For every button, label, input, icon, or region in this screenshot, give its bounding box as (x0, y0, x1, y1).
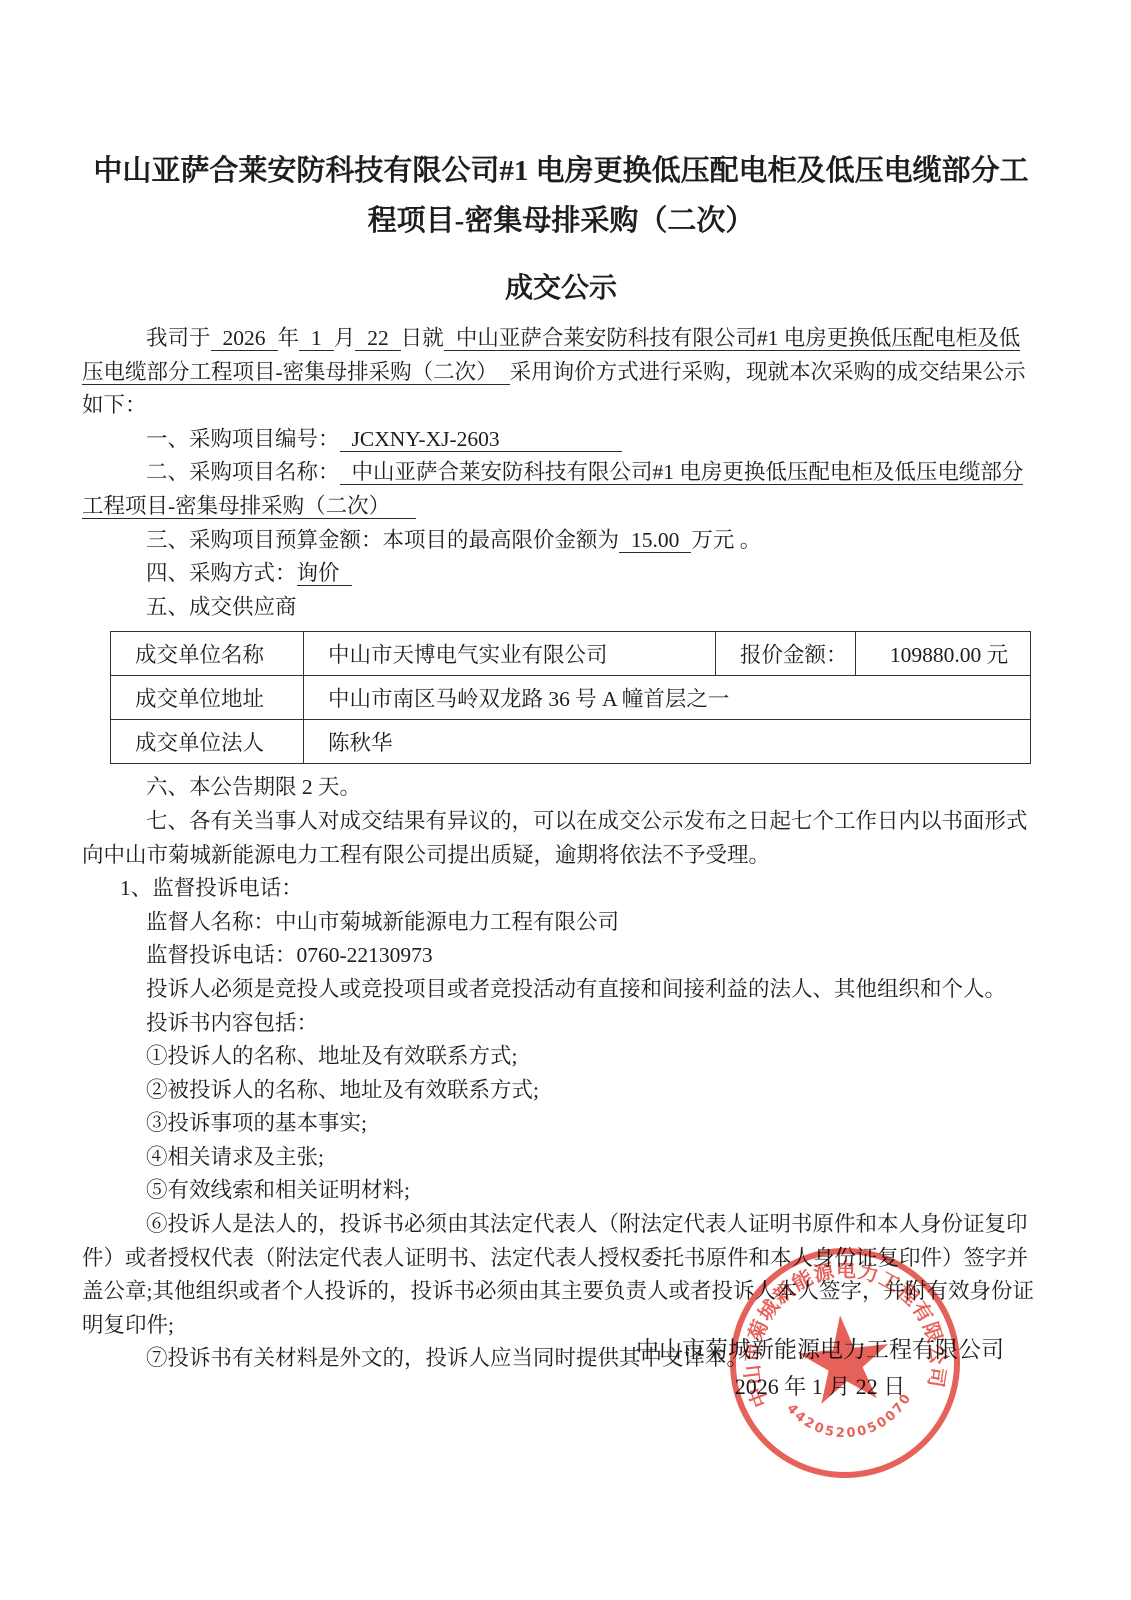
intro-month: 1 (299, 326, 334, 351)
price-value: 109880.00 元 (856, 632, 1031, 676)
document-page: 中山亚萨合莱安防科技有限公司#1 电房更换低压配电柜及低压电缆部分工程项目-密集… (0, 0, 1131, 1600)
item-label: 一、采购项目编号： (146, 427, 340, 451)
supervisor-phone: 监督投诉电话：0760-22130973 (82, 939, 1040, 973)
budget-value: 15.00 (619, 528, 691, 553)
supplier-table: 成交单位名称 中山市天博电气实业有限公司 报价金额： 109880.00 元 成… (110, 631, 1031, 764)
item-budget: 三、采购项目预算金额：本项目的最高限价金额为15.00万元 。 (82, 524, 1040, 558)
complaint-phone-heading: 1、监督投诉电话： (82, 872, 1040, 906)
table-row: 成交单位法人 陈秋华 (111, 720, 1031, 764)
item-notice-period: 六、本公告期限 2 天。 (82, 771, 1040, 805)
table-row: 成交单位名称 中山市天博电气实业有限公司 报价金额： 109880.00 元 (111, 632, 1031, 676)
intro-paragraph: 我司于2026年1月22日就中山亚萨合莱安防科技有限公司#1 电房更换低压配电柜… (82, 322, 1040, 423)
supplier-address-label: 成交单位地址 (111, 676, 304, 720)
doc-heading: 成交公示 (82, 270, 1040, 308)
item-project-number: 一、采购项目编号：JCXNY-XJ-2603 (82, 423, 1040, 457)
method-value: 询价 (297, 561, 352, 586)
complaint-content-heading: 投诉书内容包括： (82, 1007, 1040, 1041)
project-number-value: JCXNY-XJ-2603 (340, 427, 622, 452)
supplier-legal-label: 成交单位法人 (111, 720, 304, 764)
intro-text: 月 (334, 326, 356, 350)
item-label: 五、成交供应商 (146, 595, 297, 619)
item-label: 三、采购项目预算金额：本项目的最高限价金额为 (146, 528, 619, 552)
intro-text: 我司于 (146, 326, 211, 350)
item-supplier-heading: 五、成交供应商 (82, 591, 1040, 625)
signature-company: 中山市菊城新能源电力工程有限公司 (620, 1332, 1020, 1368)
complaint-item-6: ⑥投诉人是法人的，投诉书必须由其法定代表人（附法定代表人证明书原件和本人身份证复… (82, 1208, 1040, 1342)
intro-text: 日就 (401, 326, 444, 350)
complaint-item-5: ⑤有效线索和相关证明材料; (82, 1174, 1040, 1208)
intro-year: 2026 (211, 326, 278, 351)
supplier-address-value: 中山市南区马岭双龙路 36 号 A 幢首层之一 (304, 676, 1031, 720)
supplier-legal-value: 陈秋华 (304, 720, 1031, 764)
supervisor-name: 监督人名称：中山市菊城新能源电力工程有限公司 (82, 906, 1040, 940)
page-title: 中山亚萨合莱安防科技有限公司#1 电房更换低压配电柜及低压电缆部分工程项目-密集… (82, 146, 1040, 246)
intro-text: 年 (278, 326, 300, 350)
intro-day: 22 (355, 326, 401, 351)
item-objection: 七、各有关当事人对成交结果有异议的，可以在成交公示发布之日起七个工作日内以书面形… (82, 805, 1040, 872)
supplier-name-value: 中山市天博电气实业有限公司 (304, 632, 716, 676)
item-method: 四、采购方式：询价 (82, 557, 1040, 591)
complaint-item-1: ①投诉人的名称、地址及有效联系方式; (82, 1040, 1040, 1074)
document-content: 中山亚萨合莱安防科技有限公司#1 电房更换低压配电柜及低压电缆部分工程项目-密集… (82, 146, 1040, 1376)
item-suffix: 万元 。 (691, 528, 761, 552)
price-label: 报价金额： (716, 632, 856, 676)
complaint-item-4: ④相关请求及主张; (82, 1141, 1040, 1175)
signature-date: 2026 年 1 月 22 日 (620, 1368, 1020, 1406)
item-label: 四、采购方式： (146, 561, 297, 585)
table-row: 成交单位地址 中山市南区马岭双龙路 36 号 A 幢首层之一 (111, 676, 1031, 720)
supplier-name-label: 成交单位名称 (111, 632, 304, 676)
item-label: 二、采购项目名称： (146, 460, 340, 484)
item-project-name: 二、采购项目名称：中山亚萨合莱安防科技有限公司#1 电房更换低压配电柜及低压电缆… (82, 456, 1040, 523)
complaint-item-2: ②被投诉人的名称、地址及有效联系方式; (82, 1074, 1040, 1108)
signature-block: 中山市菊城新能源电力工程有限公司 2026 年 1 月 22 日 (620, 1332, 1020, 1406)
complaint-scope: 投诉人必须是竞投人或竞投项目或者竞投活动有直接和间接利益的法人、其他组织和个人。 (82, 973, 1040, 1007)
complaint-item-3: ③投诉事项的基本事实; (82, 1107, 1040, 1141)
